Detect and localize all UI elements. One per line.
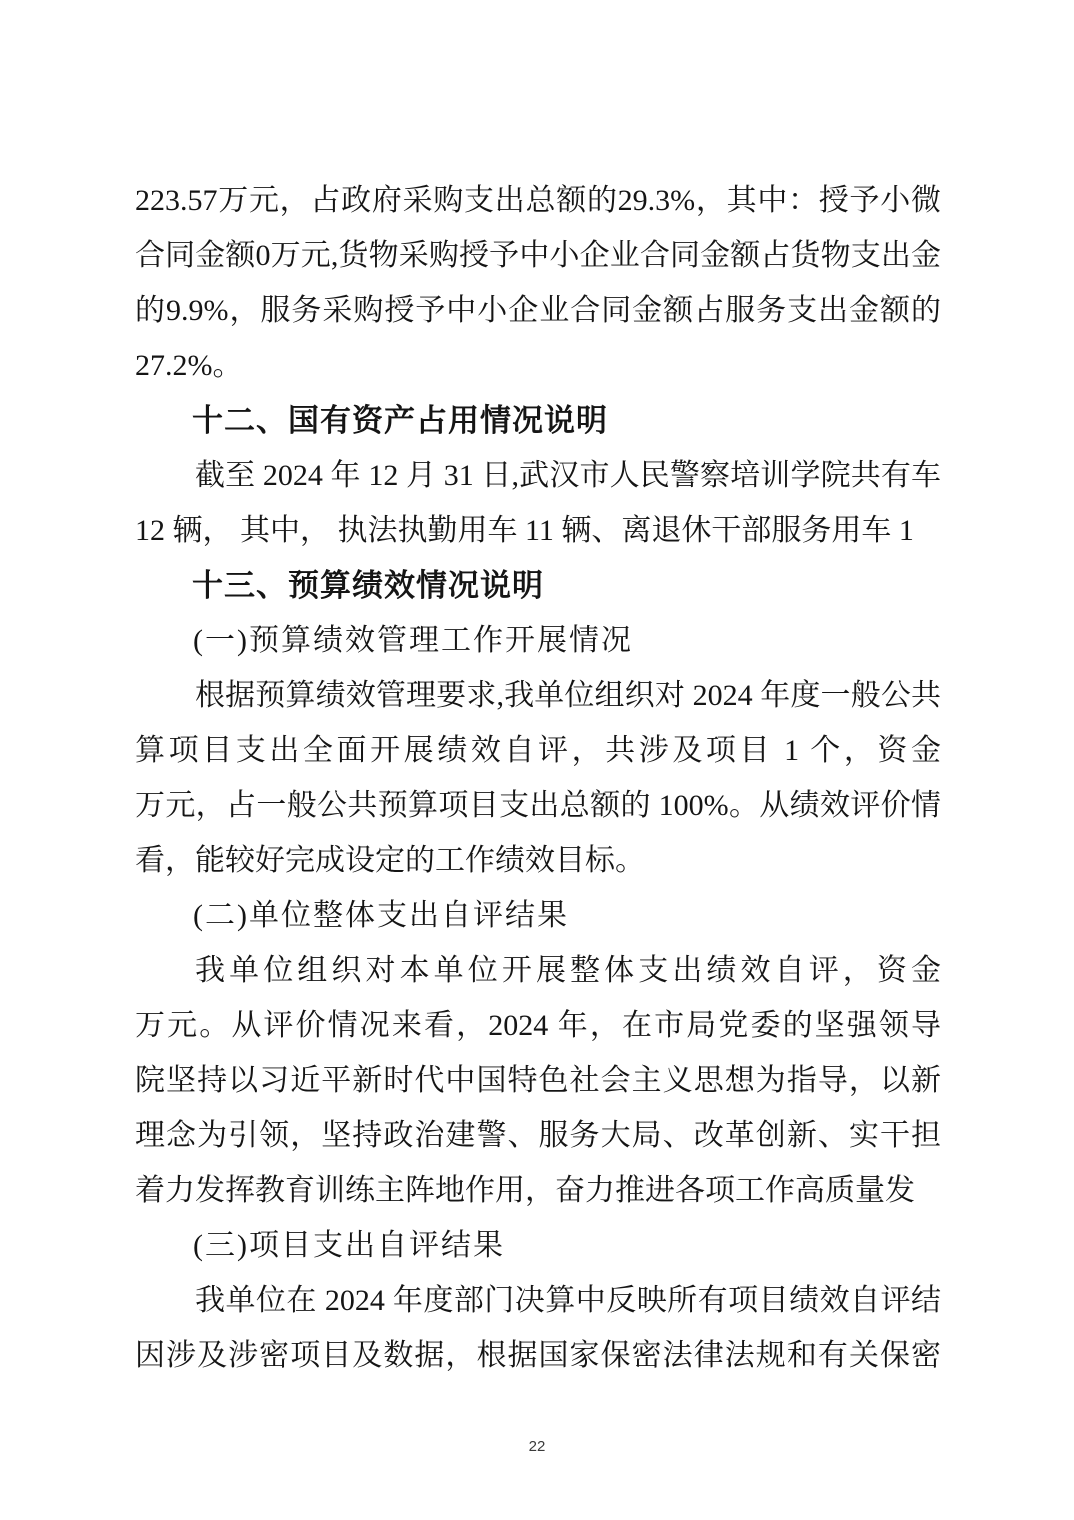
body-line: 万元，占一般公共预算项目支出总额的 100%。从绩效评价情况来: [135, 778, 941, 833]
body-line: 算项目支出全面开展绩效自评，共涉及项目 1 个，资金 118.87: [135, 723, 941, 778]
subsection-heading: (二)单位整体支出自评结果: [135, 888, 941, 943]
body-line: 合同金额0万元,货物采购授予中小企业合同金额占货物支出金额: [135, 228, 941, 283]
body-line: 院坚持以习近平新时代中国特色社会主义思想为指导，以新发展: [135, 1053, 941, 1108]
body-line: 截至 2024 年 12 月 31 日,武汉市人民警察培训学院共有车辆: [135, 448, 941, 503]
document-page: 223.57万元，占政府采购支出总额的29.3%，其中：授予小微企业合同金额0万…: [0, 0, 1074, 1520]
body-line: 的9.9%，服务采购授予中小企业合同金额占服务支出金额的: [135, 283, 941, 338]
body-line: 27.2%。: [135, 338, 941, 393]
body-line: 理念为引领，坚持政治建警、服务大局、改革创新、实干担当，: [135, 1108, 941, 1163]
section-heading: 十二、国有资产占用情况说明: [135, 393, 941, 448]
body-line: 我单位在 2024 年度部门决算中反映所有项目绩效自评结果: [135, 1273, 941, 1328]
body-line: 根据预算绩效管理要求,我单位组织对 2024 年度一般公共预: [135, 668, 941, 723]
body-line: 223.57万元，占政府采购支出总额的29.3%，其中：授予小微企业: [135, 173, 941, 228]
subsection-heading: (一)预算绩效管理工作开展情况: [135, 613, 941, 668]
page-number: 22: [0, 1438, 1074, 1455]
body-line: 着力发挥教育训练主阵地作用，奋力推进各项工作高质量发展。: [135, 1163, 941, 1218]
body-line: 看，能较好完成设定的工作绩效目标。: [135, 833, 941, 888]
body-line: 因涉及涉密项目及数据，根据国家保密法律法规和有关保密事项: [135, 1328, 941, 1383]
body-line: 我单位组织对本单位开展整体支出绩效自评，资金 3,279.63: [135, 943, 941, 998]
document-body: 223.57万元，占政府采购支出总额的29.3%，其中：授予小微企业合同金额0万…: [135, 173, 941, 1383]
body-line: 12 辆， 其中， 执法执勤用车 11 辆、离退休干部服务用车 1 辆。: [135, 503, 941, 558]
subsection-heading: (三)项目支出自评结果: [135, 1218, 941, 1273]
section-heading: 十三、预算绩效情况说明: [135, 558, 941, 613]
body-line: 万元。从评价情况来看，2024 年，在市局党委的坚强领导下，学: [135, 998, 941, 1053]
